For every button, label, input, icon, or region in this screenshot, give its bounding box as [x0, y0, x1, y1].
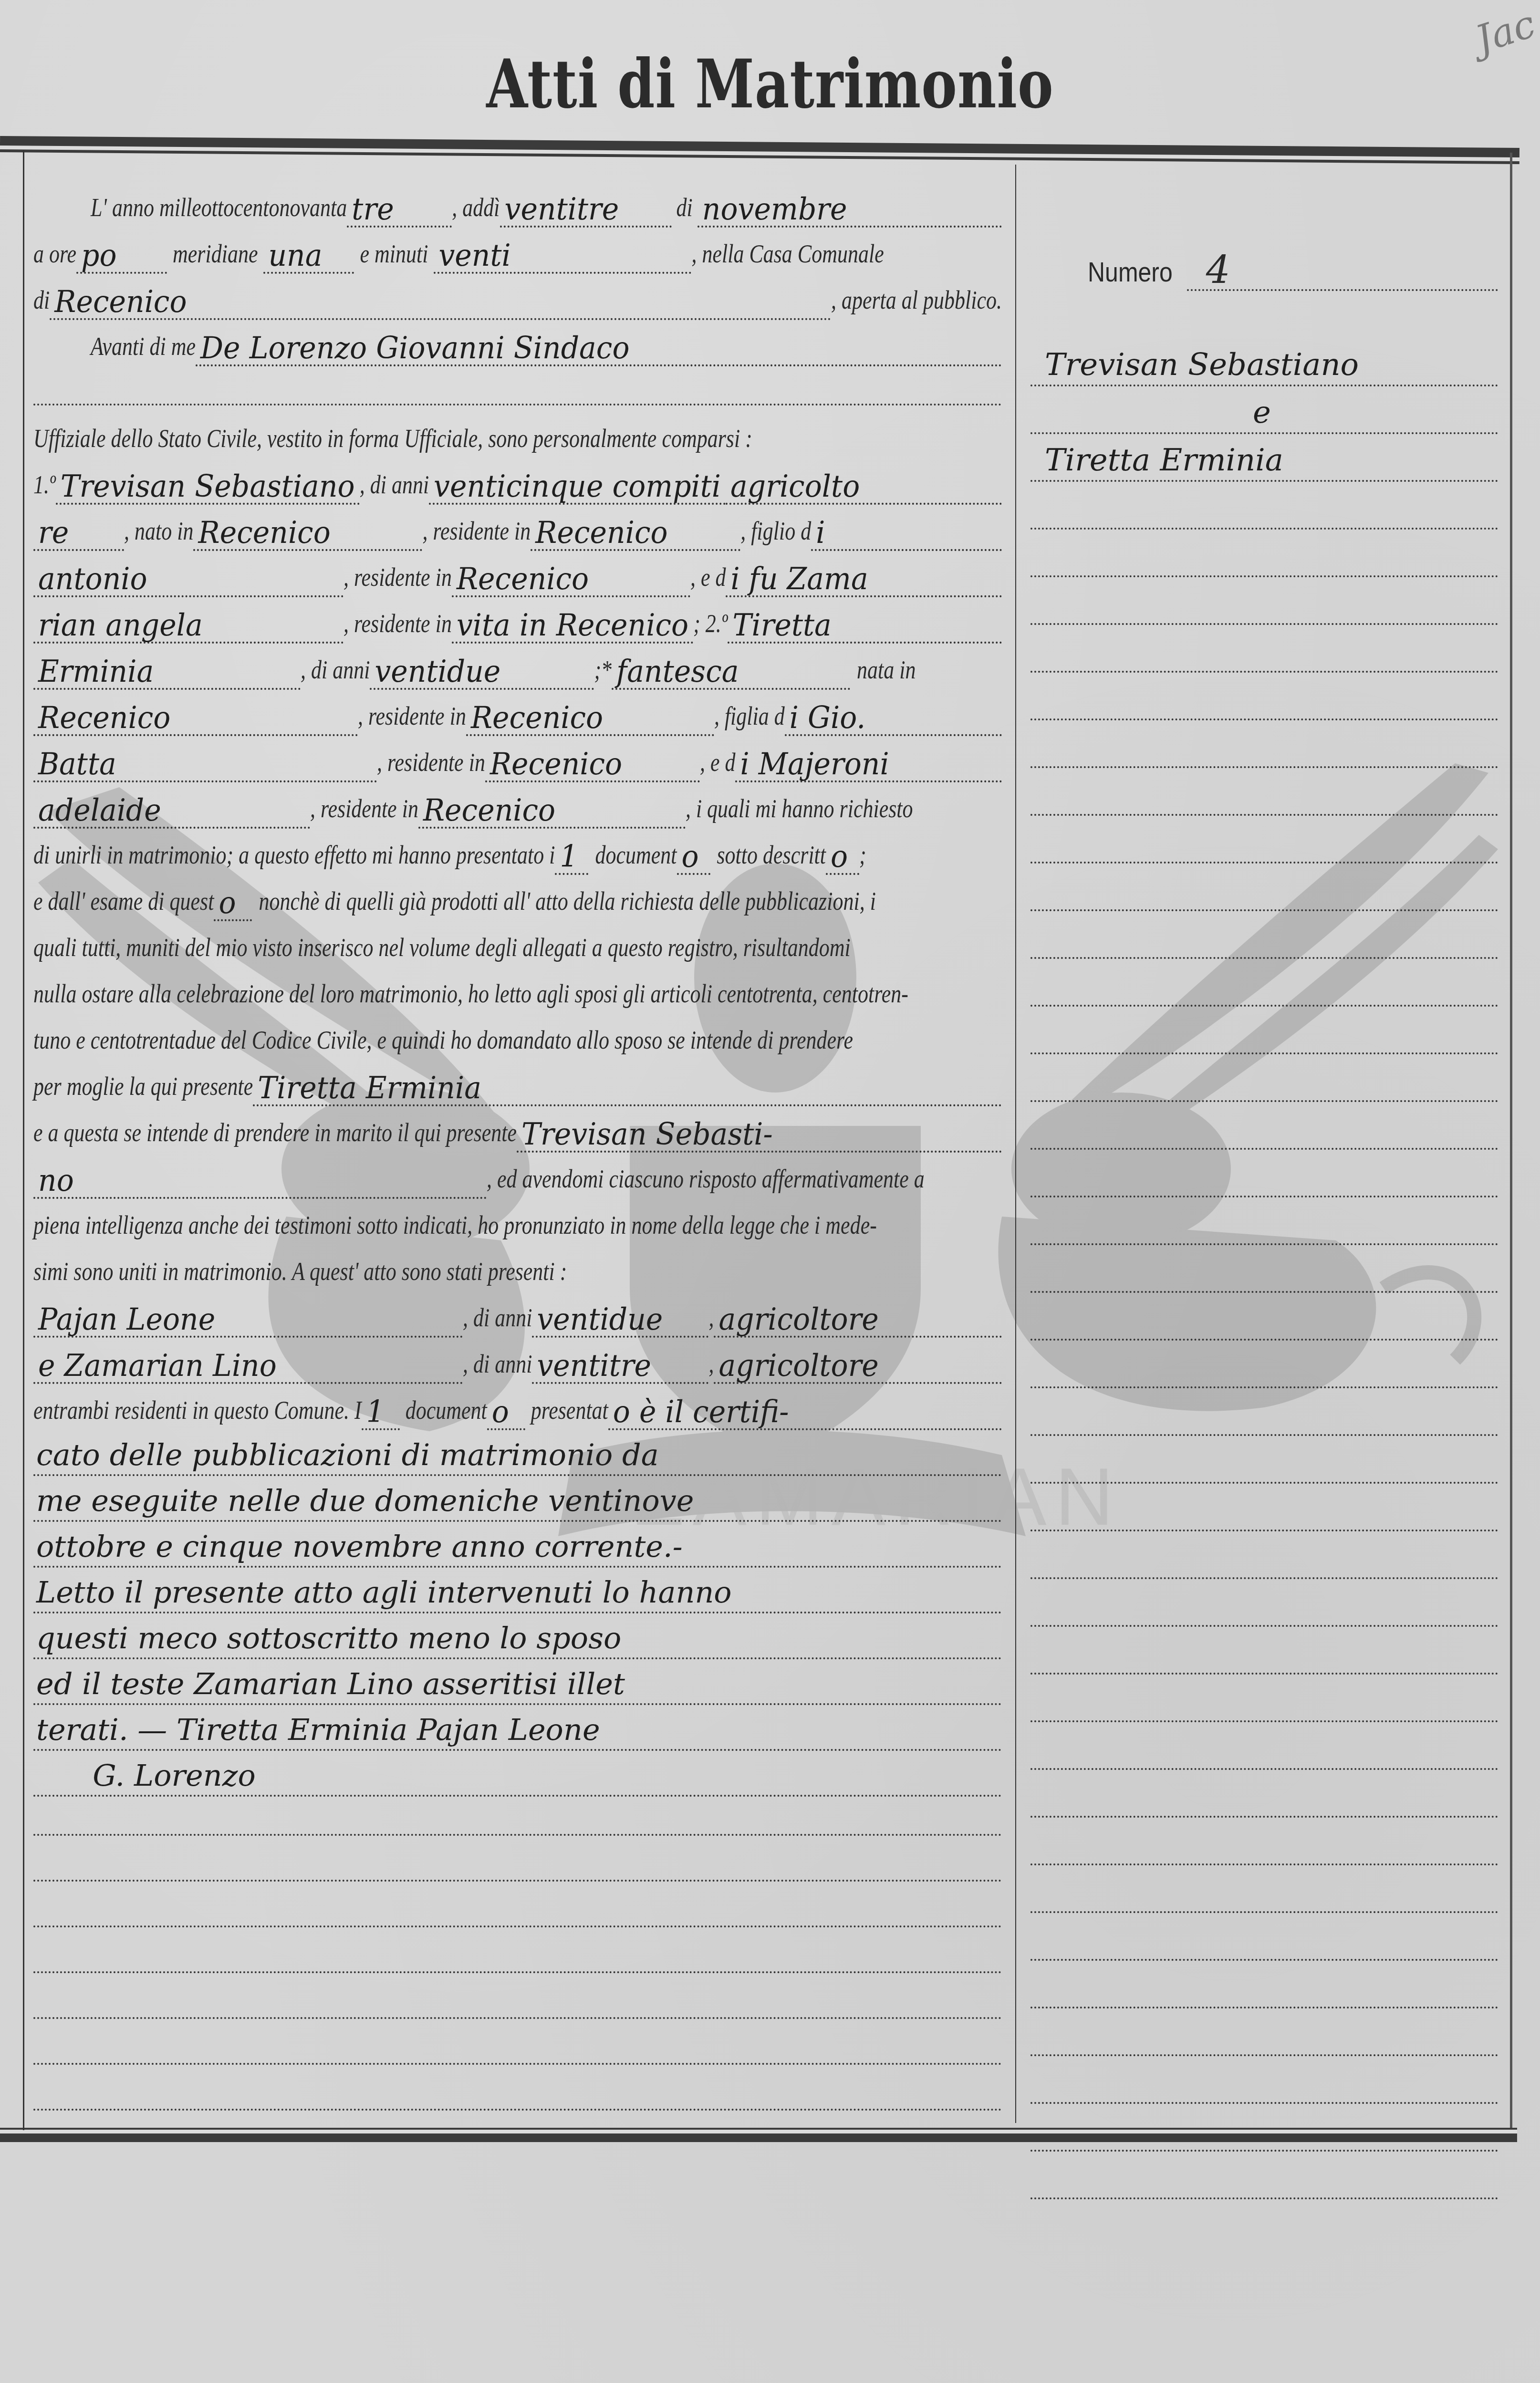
blank-line: [33, 1888, 1002, 1934]
handwritten-note-line: me eseguite nelle due domeniche ventinov…: [33, 1476, 1002, 1522]
side-conjunction: e: [1030, 386, 1498, 434]
side-blank-line: [1030, 1531, 1498, 1579]
side-blank-line: [1030, 530, 1498, 577]
act-number: Numero 4: [1030, 239, 1498, 291]
numero-label: Numero: [1030, 256, 1187, 293]
blank-line: [33, 1934, 1002, 1980]
blank-line: [33, 2071, 1002, 2117]
page-title: Atti di Matrimonio: [0, 45, 1540, 124]
side-blank-line: [1030, 1579, 1498, 1627]
side-blank-line: [1030, 1436, 1498, 1484]
field-officer: De Lorenzo Giovanni Sindaco: [196, 333, 1002, 366]
side-blank-line: [1030, 673, 1498, 720]
side-blank-line: [1030, 1961, 1498, 2008]
side-blank-line: [1030, 1865, 1498, 1913]
handwritten-note-line: ottobre e cinque novembre anno corrente.…: [33, 1522, 1002, 1568]
officer-signature: G. Lorenzo: [33, 1751, 1002, 1797]
side-blank-line: [1030, 1484, 1498, 1531]
side-blank-line: [1030, 816, 1498, 864]
side-blank-line: [1030, 1675, 1498, 1722]
act-line-officer: Avanti di me De Lorenzo Giovanni Sindaco: [33, 309, 1002, 366]
side-blank-line: [1030, 1913, 1498, 1961]
side-blank-line: [1030, 1293, 1498, 1341]
handwritten-note-line: questi meco sottoscritto meno lo sposo: [33, 1613, 1002, 1659]
blank-line: [33, 2026, 1002, 2071]
side-blank-line: [1030, 1245, 1498, 1293]
side-blank-line: [1030, 625, 1498, 673]
side-blank-line: [1030, 1388, 1498, 1436]
act-line-residence-docs: entrambi residenti in questo Comune. I 1…: [33, 1373, 1002, 1430]
blank-line: [33, 1842, 1002, 1888]
side-blank-line: [1030, 2104, 1498, 2152]
blank-line: [33, 1797, 1002, 1842]
blank-line: [33, 1980, 1002, 2026]
column-divider: [1015, 165, 1016, 2123]
side-blank-line: [1030, 1818, 1498, 1865]
handwritten-note-line: Letto il presente atto agli intervenuti …: [33, 1568, 1002, 1613]
numero-value: 4: [1187, 251, 1498, 291]
handwritten-note-line: cato delle pubblicazioni di matrimonio d…: [33, 1430, 1002, 1476]
side-blank-line: [1030, 959, 1498, 1007]
side-blank-line: [1030, 1150, 1498, 1197]
act-body: L' anno milleottocentonovanta tre , addì…: [33, 181, 1002, 2117]
side-spouse-2: Tiretta Erminia: [1030, 434, 1498, 482]
signatures-line: terati. — Tiretta Erminia Pajan Leone: [33, 1705, 1002, 1751]
side-blank-line: [1030, 864, 1498, 911]
side-blank-line: [1030, 768, 1498, 816]
side-blank-line: [1030, 482, 1498, 530]
side-blank-line: [1030, 1627, 1498, 1675]
side-blank-line: [1030, 577, 1498, 625]
right-border-line: [1510, 153, 1512, 2128]
side-blank-line: [1030, 1197, 1498, 1245]
side-blank-line: [1030, 1054, 1498, 1102]
side-blank-line: [1030, 2152, 1498, 2199]
side-blank-line: [1030, 2056, 1498, 2104]
margin-column: Numero 4 Trevisan Sebastiano e Tiretta E…: [1030, 239, 1498, 2199]
side-blank-line: [1030, 2008, 1498, 2056]
side-spouse-1: Trevisan Sebastiano: [1030, 339, 1498, 386]
side-blank-line: [1030, 1102, 1498, 1150]
left-border-line: [23, 150, 24, 2130]
side-blank-line: [1030, 911, 1498, 959]
side-blank-line: [1030, 1722, 1498, 1770]
side-blank-line: [1030, 1341, 1498, 1388]
handwritten-note-line: ed il teste Zamarian Lino asseritisi ill…: [33, 1659, 1002, 1705]
side-blank-line: [1030, 1007, 1498, 1054]
side-blank-line: [1030, 1770, 1498, 1818]
side-blank-line: [1030, 720, 1498, 768]
